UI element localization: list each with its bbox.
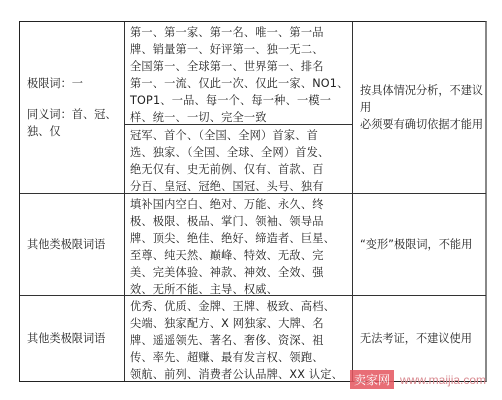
word-line: 牌、遥遥领先、著名、奢侈、资深、祖 bbox=[130, 332, 349, 349]
note-line: “变形”极限词，不能用 bbox=[360, 236, 486, 253]
word-line: 传、率先、超赚、最有发言权、领跑、 bbox=[130, 349, 349, 366]
word-line: 美、完美体验、神款、神效、全效、强 bbox=[130, 264, 349, 281]
row2-note-cell: “变形”极限词，不能用 bbox=[353, 194, 486, 295]
word-line: 第一、第一家、第一名、唯一、第一品 bbox=[130, 24, 349, 41]
word-line: 至尊、纯天然、巅峰、特效、无敌、完 bbox=[130, 247, 349, 264]
word-line: 冠军、首个、（全国、全网）首家、首 bbox=[130, 127, 349, 144]
word-line: 填补国内空白、绝对、万能、永久、终 bbox=[130, 196, 349, 213]
row1-category-line: 同义词：首、冠、 bbox=[27, 106, 125, 123]
row1-category-cell: 极限词：一 同义词：首、冠、 独、仅 bbox=[20, 22, 125, 193]
watermark-logo: 卖家网 bbox=[350, 370, 394, 389]
row2-category-cell: 其他类极限词语 bbox=[20, 194, 125, 295]
word-line: 优秀、优质、金牌、王牌、极致、高档、 bbox=[130, 298, 349, 315]
row1-category-line: 极限词：一 bbox=[27, 75, 125, 92]
note-line: 无法考证，不建议使用 bbox=[360, 330, 486, 347]
word-line: 第一、一流、仅此一次、仅此一家、NO1、 bbox=[130, 75, 349, 92]
row2-category-line: 其他类极限词语 bbox=[27, 236, 125, 253]
row1-words-cell-b: 冠军、首个、（全国、全网）首家、首 选、独家、（全国、全球、全网）首发、 绝无仅… bbox=[125, 125, 353, 193]
word-line: 领航、前列、消费者公认品牌、XX 认定、 bbox=[130, 366, 349, 383]
note-line: 按具体情况分析，不建议用 bbox=[360, 82, 486, 116]
watermark: 卖家网 www.maijia.com bbox=[350, 370, 486, 389]
word-line: 牌、销量第一、好评第一、独一无二、 bbox=[130, 41, 349, 58]
row1-note-cell: 按具体情况分析，不建议用 必须要有确切依据才能用 bbox=[353, 22, 486, 193]
row3-words-cell: 优秀、优质、金牌、王牌、极致、高档、 尖端、独家配方、X 网独家、大牌、名 牌、… bbox=[125, 296, 353, 381]
row3-note-cell: 无法考证，不建议使用 bbox=[353, 296, 486, 381]
row1-words-cell-a: 第一、第一家、第一名、唯一、第一品 牌、销量第一、好评第一、独一无二、 全国第一… bbox=[125, 22, 353, 124]
word-line: 极、极限、极品、掌门、领袖、领导品 bbox=[130, 213, 349, 230]
word-line: 尖端、独家配方、X 网独家、大牌、名 bbox=[130, 315, 349, 332]
row3-category-cell: 其他类极限词语 bbox=[20, 296, 125, 381]
note-line: 必须要有确切依据才能用 bbox=[360, 116, 486, 133]
row3-category-line: 其他类极限词语 bbox=[27, 330, 125, 347]
row1-category-line: 独、仅 bbox=[27, 123, 125, 140]
word-line: 样、统一、一切、完全一致 bbox=[130, 109, 349, 126]
word-line: 选、独家、（全国、全球、全网）首发、 bbox=[130, 144, 349, 161]
extreme-words-table: 极限词：一 同义词：首、冠、 独、仅 第一、第一家、第一名、唯一、第一品 牌、销… bbox=[19, 21, 487, 382]
word-line: 全国第一、全球第一、世界第一、排名 bbox=[130, 58, 349, 75]
word-line: 分百、皇冠、冠绝、国冠、头号、独有 bbox=[130, 178, 349, 195]
watermark-url: www.maijia.com bbox=[400, 373, 486, 387]
word-line: 牌、顶尖、绝佳、绝好、缔造者、巨星、 bbox=[130, 230, 349, 247]
word-line: 绝无仅有、史无前例、仅有、首款、百 bbox=[130, 161, 349, 178]
word-line: TOP1、一品、每一个、每一种、一模一 bbox=[130, 92, 349, 109]
row2-words-cell: 填补国内空白、绝对、万能、永久、终 极、极限、极品、掌门、领袖、领导品 牌、顶尖… bbox=[125, 194, 353, 295]
